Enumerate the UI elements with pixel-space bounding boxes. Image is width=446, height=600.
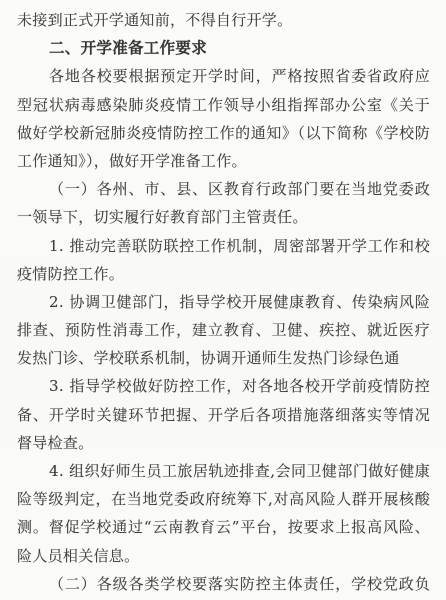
text-line: 备、开学时关键环节把握、开学后各项措施落细落实等情况进行 [17,401,430,429]
numbered-item: 2. 协调卫健部门，指导学校开展健康教育、传染病风险点 [17,288,430,316]
numbered-item: 3. 指导学校做好防控工作，对各地各校开学前疫情防控准 [17,372,430,400]
text-line: 排查、预防性消毒工作，建立教育、卫健、疾控、就近医疗机构 [17,316,430,344]
text-line: 督导检查。 [17,429,430,457]
text-line: 未接到正式开学通知前，不得自行开学。 [17,6,430,34]
text-line: 做好学校新冠肺炎疫情防控工作的通知》（以下简称《学校防控 [17,119,430,147]
text-line: （二）各级各类学校要落实防控主体责任，学校党政负责人 [17,570,430,598]
text-line: 一领导下，切实履行好教育部门主管责任。 [17,203,430,231]
text-line: 险人员相关信息。 [17,542,430,570]
text-line: 型冠状病毒感染肺炎疫情工作领导小组指挥部办公室《关于切实 [17,91,430,119]
text-line: 发热门诊、学校联系机制，协调开通师生发热门诊绿色通道。 [17,344,430,372]
numbered-item: 1. 推动完善联防联控工作机制，周密部署开学工作和校园 [17,232,430,260]
text-line: 测。督促学校通过“云南教育云”平台，按要求上报高风险、中风 [17,513,430,541]
section-heading: 二、开学准备工作要求 [17,34,430,62]
numbered-item: 4. 组织好师生员工旅居轨迹排查,会同卫健部门做好健康风 [17,457,430,485]
text-line: 疫情防控工作。 [17,260,430,288]
document-page: 未接到正式开学通知前，不得自行开学。 二、开学准备工作要求 各地各校要根据预定开… [0,0,446,600]
text-line: 险等级判定，在当地党委政府统筹下,对高风险人群开展核酸检 [17,485,430,513]
text-line: 工作通知》），做好开学准备工作。 [17,147,430,175]
text-line: 各地各校要根据预定开学时间，严格按照省委省政府应对新 [17,62,430,90]
text-line: （一）各州、市、县、区教育行政部门要在当地党委政府统 [17,175,430,203]
